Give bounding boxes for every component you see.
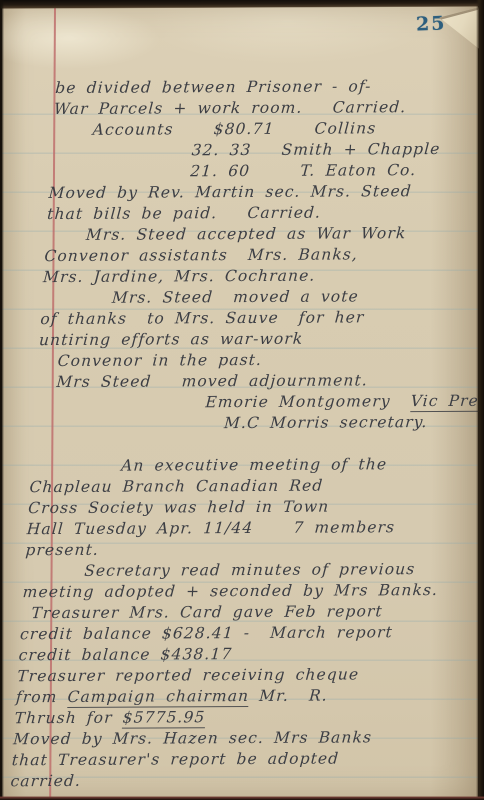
handwriting-segment: Moved by Mrs. Hazen sec. Mrs Banks	[13, 728, 373, 748]
handwriting-line: Moved by Rev. Martin sec. Mrs. Steed	[48, 181, 475, 204]
handwriting-line: Mrs. Steed moved a vote	[41, 286, 468, 309]
handwriting-line: meeting adopted + seconded by Mrs Banks.	[22, 580, 449, 603]
handwriting-segment: War Parcels + work room. Carried.	[53, 98, 407, 118]
handwriting-segment: Moved by Rev. Martin sec. Mrs. Steed	[48, 182, 412, 202]
handwriting-segment: Mrs. Jardine, Mrs. Cochrane.	[43, 267, 316, 286]
handwriting-segment: Secretary read minutes of previous	[24, 560, 416, 580]
handwriting-line: Accounts $80.71 Collins	[52, 118, 479, 141]
handwriting-segment: Chapleau Branch Canadian Red	[29, 477, 324, 497]
handwriting-line: present.	[25, 538, 452, 561]
handwriting-lines: be divided between Prisoner - of-War Par…	[10, 76, 482, 792]
handwriting-segment: that Treasurer's report be adopted	[11, 750, 340, 770]
handwriting-segment: Treasurer reported receiving cheque	[17, 665, 360, 685]
handwriting-line: credit balance $438.17	[18, 643, 445, 666]
handwriting-line: Mrs. Jardine, Mrs. Cochrane.	[42, 265, 469, 288]
handwriting-line: be divided between Prisoner - of-	[55, 76, 482, 99]
handwriting-line: of thanks to Mrs. Sauve for her	[40, 307, 467, 330]
handwriting-line: 21. 60 T. Eaton Co.	[49, 160, 476, 183]
handwriting-line: untiring efforts as war-work	[38, 328, 465, 351]
handwriting-line: 32. 33 Smith + Chapple	[51, 139, 478, 162]
handwriting-line: Hall Tuesday Apr. 11/44 7 members	[26, 517, 453, 540]
handwriting-line: Convenor in the past.	[37, 349, 464, 372]
handwriting-line: M.C Morris secretary.	[33, 412, 460, 435]
handwriting-segment: Cross Society was held in Town	[28, 498, 330, 518]
handwriting-segment: Convenor in the past.	[37, 351, 263, 370]
handwriting-segment: Thrush for	[14, 709, 123, 728]
photo-edge-left	[0, 0, 4, 800]
handwriting-line: that Treasurer's report be adopted	[11, 748, 438, 771]
handwriting-segment: Treasurer Mrs. Card gave Feb report	[21, 602, 384, 622]
handwriting-line: Emorie Montgomery Vic Pres.	[34, 391, 461, 414]
handwriting-segment: meeting adopted + seconded by Mrs Banks.	[22, 581, 439, 601]
handwriting-segment: 21. 60 T. Eaton Co.	[49, 161, 417, 181]
handwriting-line: Chapleau Branch Canadian Red	[29, 475, 456, 498]
handwriting-segment: $5775.95	[122, 708, 206, 728]
photo-edge-right	[476, 0, 484, 800]
handwriting-segment: Mrs Steed moved adjournment.	[36, 371, 369, 391]
folded-corner	[430, 7, 482, 55]
handwriting-segment: Campaign chairman	[67, 687, 250, 708]
handwriting-segment: 32. 33 Smith + Chapple	[51, 140, 441, 160]
handwriting-line: Cross Society was held in Town	[27, 496, 454, 519]
handwriting-line: War Parcels + work room. Carried.	[53, 97, 480, 120]
handwriting-line	[32, 433, 459, 456]
handwriting-segment: Vic Pres.	[410, 392, 484, 412]
handwriting-segment: An executive meeting of the	[30, 455, 387, 475]
handwriting-segment: credit balance $438.17	[18, 645, 233, 664]
photo-edge-bottom	[0, 796, 484, 800]
handwriting-segment: of thanks to Mrs. Sauve for her	[40, 308, 365, 328]
handwriting-line: Treasurer Mrs. Card gave Feb report	[21, 601, 448, 624]
handwriting-segment: credit balance $628.41 - March report	[19, 623, 393, 643]
handwriting-line: Mrs. Steed accepted as War Work	[45, 223, 472, 246]
scanned-minutes-page: 25 be divided between Prisoner - of-War …	[0, 0, 484, 800]
handwriting-line: Convenor assistants Mrs. Banks,	[44, 244, 471, 267]
handwriting-segment: Emorie Montgomery	[34, 392, 411, 412]
handwriting-segment: M.C Morris secretary.	[33, 413, 428, 433]
handwriting-segment: Mrs. Steed accepted as War Work	[45, 224, 407, 244]
handwriting-segment: Mr. R.	[249, 687, 329, 705]
handwriting-line: credit balance $628.41 - March report	[19, 622, 446, 645]
handwriting-line: Mrs Steed moved adjournment.	[36, 370, 463, 393]
handwriting-line: Treasurer reported receiving cheque	[17, 664, 444, 687]
handwriting-line: from Campaign chairman Mr. R.	[15, 685, 442, 708]
handwriting-line: Moved by Mrs. Hazen sec. Mrs Banks	[13, 727, 440, 750]
handwriting-segment: carried.	[10, 772, 82, 790]
handwriting-segment: from	[15, 688, 68, 706]
handwriting-segment: Hall Tuesday Apr. 11/44 7 members	[26, 518, 396, 538]
handwriting-segment: Convenor assistants Mrs. Banks,	[44, 245, 359, 265]
handwriting-line: carried.	[10, 769, 437, 792]
handwriting-segment: Accounts $80.71 Collins	[52, 119, 377, 139]
handwriting-line: Thrush for $5775.95	[14, 706, 441, 729]
handwriting-segment: be divided between Prisoner - of-	[55, 77, 372, 97]
handwriting-line: An executive meeting of the	[30, 454, 457, 477]
handwriting-segment: present.	[25, 541, 100, 559]
handwriting-segment: Mrs. Steed moved a vote	[41, 287, 359, 307]
handwriting-segment: untiring efforts as war-work	[38, 330, 303, 349]
handwriting-line: Secretary read minutes of previous	[23, 559, 450, 582]
handwriting-segment: that bills be paid. Carried.	[47, 204, 322, 223]
handwriting-line: that bills be paid. Carried.	[46, 202, 473, 225]
